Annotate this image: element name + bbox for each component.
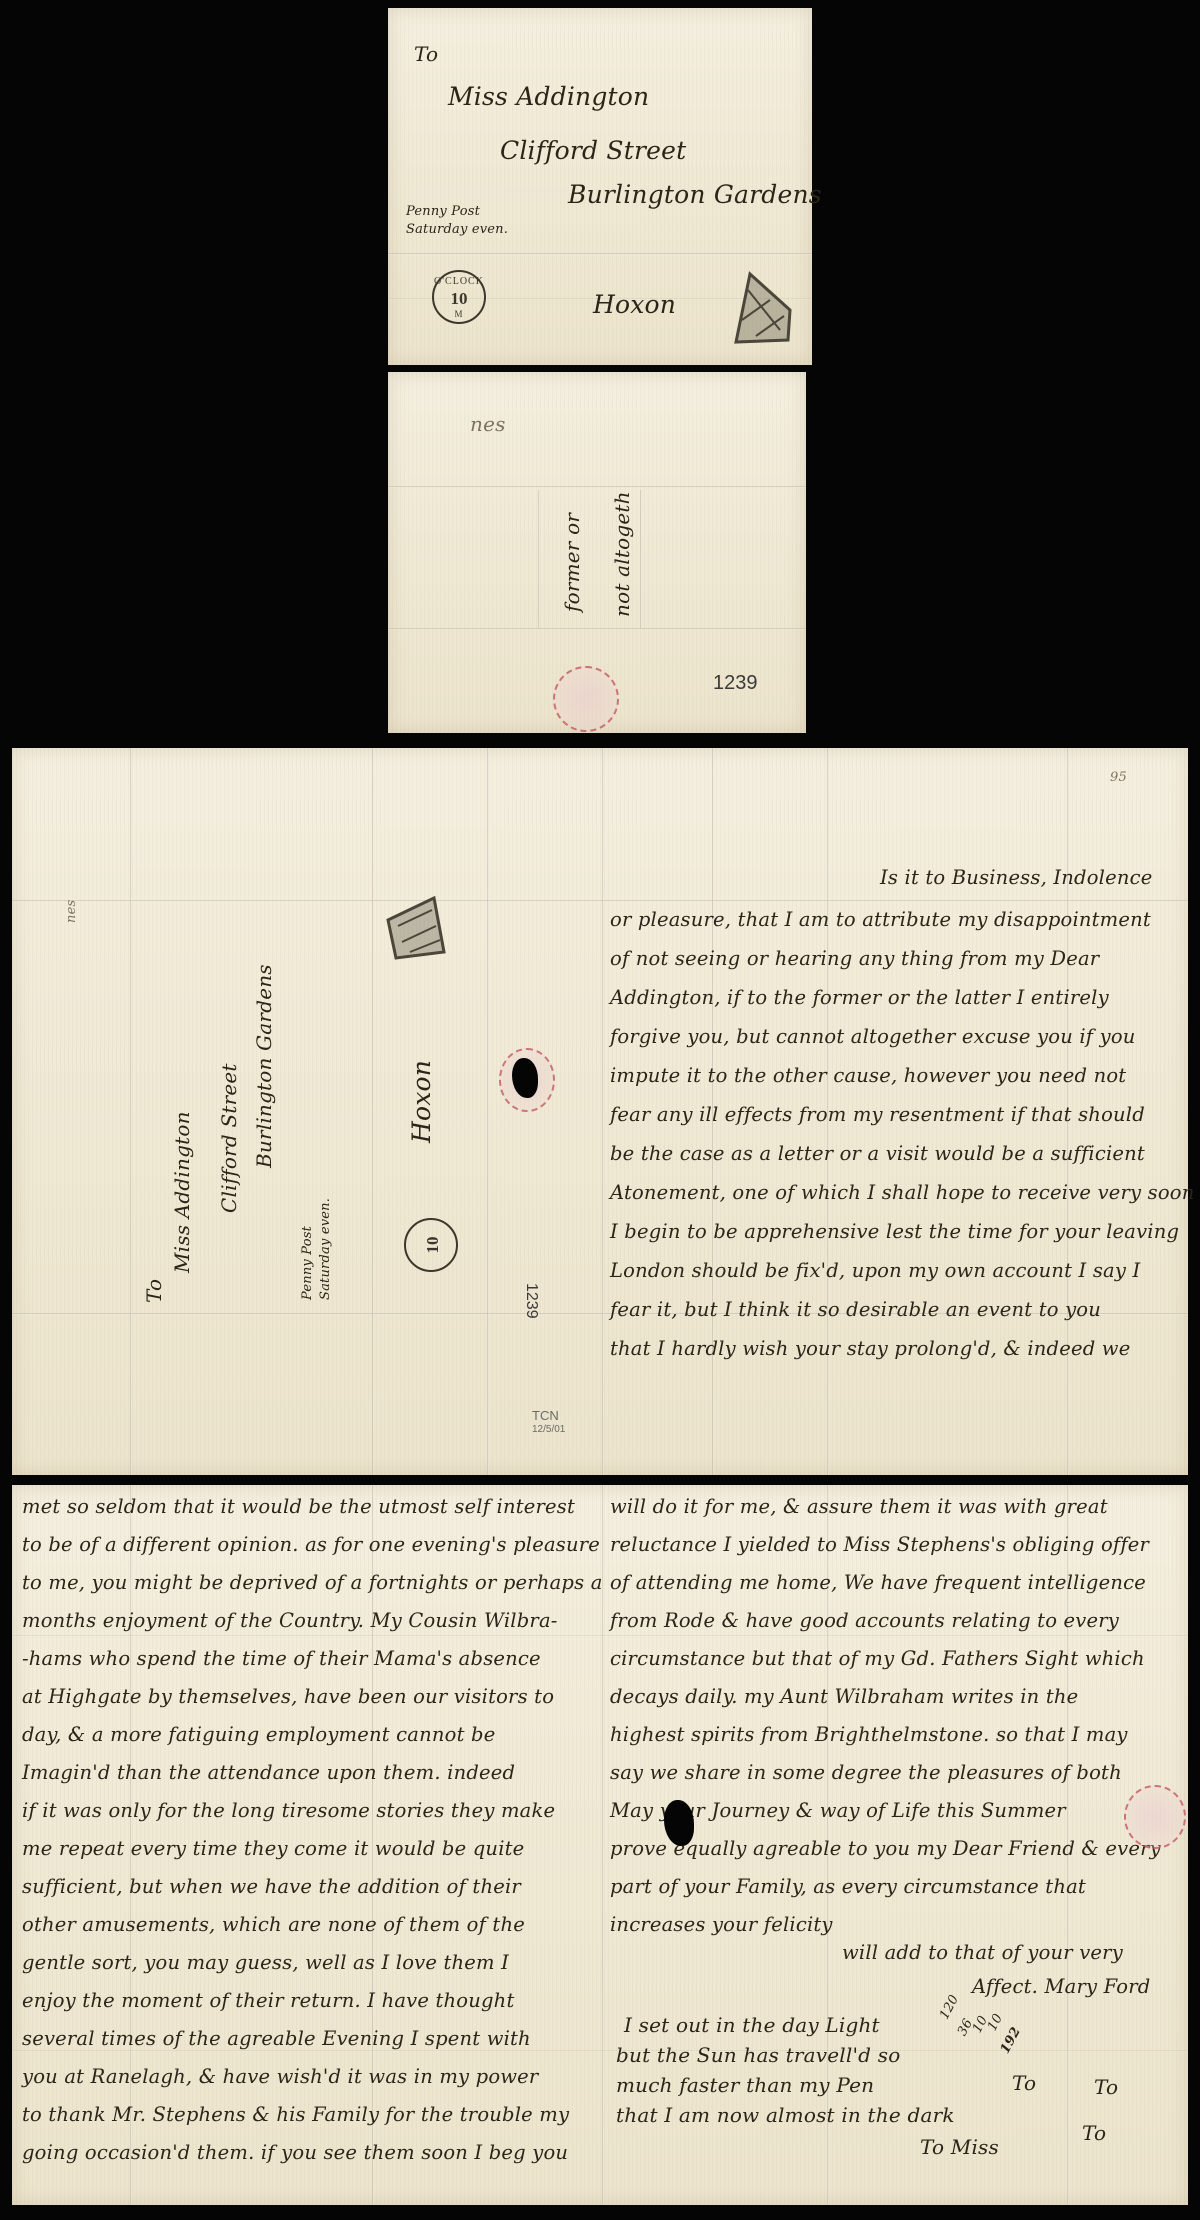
letter-line: from Rode & have good accounts relating … <box>610 1609 1119 1632</box>
page-number: 95 <box>1110 770 1127 785</box>
letter-closing: will add to that of your very <box>842 1941 1123 1964</box>
fold-line <box>640 490 642 628</box>
letter-line: -hams who spend the time of their Mama's… <box>22 1647 541 1670</box>
address-salutation: To <box>414 42 438 66</box>
letter-line: or pleasure, that I am to attribute my d… <box>610 908 1151 931</box>
wax-seal-remnant <box>1124 1785 1186 1849</box>
practice-to: To <box>1012 2071 1036 2095</box>
letter-line: that I hardly wish your stay prolong'd, … <box>610 1337 1130 1360</box>
letter-line: fear any ill effects from my resentment … <box>610 1103 1145 1126</box>
letter-line: impute it to the other cause, however yo… <box>610 1064 1126 1087</box>
sum-figure: 120 <box>937 1993 962 2022</box>
address-recipient: Miss Addington <box>448 82 649 111</box>
practice-to: To <box>1094 2075 1118 2099</box>
letter-line: of attending me home, We have frequent i… <box>610 1571 1146 1594</box>
postmark-clock-stamp: O'CLOCK 10 M <box>432 270 486 324</box>
postmark-center-text: 10 <box>434 289 484 309</box>
endorsement-day: Saturday even. <box>406 222 508 237</box>
letter-line: circumstance but that of my Gd. Fathers … <box>610 1647 1145 1670</box>
rotated-address-district: Burlington Gardens <box>252 964 276 1168</box>
letter-line: forgive you, but cannot altogether excus… <box>610 1025 1136 1048</box>
wax-seal <box>553 666 619 732</box>
receiving-office: Hoxon <box>593 290 676 319</box>
letter-line: enjoy the moment of their return. I have… <box>22 1989 514 2012</box>
letter-line: Atonement, one of which I shall hope to … <box>610 1181 1195 1204</box>
dealer-note: TCN <box>532 1408 559 1423</box>
rotated-endorsement-penny-post: Penny Post <box>300 1226 315 1300</box>
letter-line: I begin to be apprehensive lest the time… <box>610 1220 1179 1243</box>
letter-line: say we share in some degree the pleasure… <box>610 1761 1122 1784</box>
letter-line: highest spirits from Brighthelmstone. so… <box>610 1723 1128 1746</box>
endorsement-penny-post: Penny Post <box>406 204 480 219</box>
postscript-line: I set out in the day Light <box>624 2013 880 2037</box>
fold-line <box>372 748 374 1475</box>
letter-line: gentle sort, you may guess, well as I lo… <box>22 1951 509 1974</box>
archive-number: 1239 <box>522 1283 540 1319</box>
fold-line <box>388 253 812 255</box>
letter-line: you at Ranelagh, & have wish'd it was in… <box>22 2065 538 2088</box>
address-street: Clifford Street <box>500 136 686 165</box>
rotated-receiving-office: Hoxon <box>407 1060 436 1143</box>
rotated-endorsement-day: Saturday even. <box>318 1198 333 1300</box>
letter-line: Addington, if to the former or the latte… <box>610 986 1109 1009</box>
letter-line: to me, you might be deprived of a fortni… <box>22 1571 603 1594</box>
letter-line: Imagin'd than the attendance upon them. … <box>22 1761 515 1784</box>
fold-line <box>388 486 806 488</box>
fold-line <box>12 1635 1188 1637</box>
postscript-line: but the Sun has travell'd so <box>616 2043 900 2067</box>
letter-line: at Highgate by themselves, have been our… <box>22 1685 554 1708</box>
letter-line: to be of a different opinion. as for one… <box>22 1533 600 1556</box>
vertical-text-fragment: not altogeth <box>610 491 634 617</box>
practice-to-miss: To Miss <box>920 2135 999 2159</box>
postscript-line: that I am now almost in the dark <box>616 2103 955 2127</box>
archive-number: 1239 <box>713 672 758 695</box>
letter-line: going occasion'd them. if you see them s… <box>22 2141 568 2164</box>
dealer-note-date: 12/5/01 <box>532 1424 565 1435</box>
letter-line: day, & a more fatiguing employment canno… <box>22 1723 495 1746</box>
bleed-through-text: nes <box>64 900 79 923</box>
letter-inner-pages-panel: met so seldom that it would be the utmos… <box>12 1485 1188 2205</box>
letter-line: London should be fix'd, upon my own acco… <box>610 1259 1140 1282</box>
rotated-address-salutation: To <box>142 1279 166 1303</box>
letter-line: part of your Family, as every circumstan… <box>610 1875 1086 1898</box>
practice-to: To <box>1082 2121 1106 2145</box>
letter-signature: Affect. Mary Ford <box>972 1975 1150 1998</box>
letter-reverse-panel: nes former or not altogeth 1239 <box>388 372 806 733</box>
fold-line <box>388 628 806 630</box>
letter-line: will do it for me, & assure them it was … <box>610 1495 1108 1518</box>
bleed-through-text: nes <box>470 412 506 436</box>
postscript-line: much faster than my Pen <box>616 2073 874 2097</box>
letter-line: to thank Mr. Stephens & his Family for t… <box>22 2103 569 2126</box>
penny-post-triangle-stamp <box>730 270 796 346</box>
letter-line: months enjoyment of the Country. My Cous… <box>22 1609 558 1632</box>
letter-line: decays daily. my Aunt Wilbraham writes i… <box>610 1685 1078 1708</box>
letter-line: of not seeing or hearing any thing from … <box>610 947 1099 970</box>
vertical-text-fragment: former or <box>560 513 584 612</box>
letter-line: increases your felicity <box>610 1913 833 1936</box>
fold-line <box>487 748 489 1475</box>
fold-line <box>602 748 604 1475</box>
arithmetic-sum: 120 <box>937 1993 962 2022</box>
address-district: Burlington Gardens <box>568 180 822 209</box>
letter-line: met so seldom that it would be the utmos… <box>22 1495 575 1518</box>
rotated-address-street: Clifford Street <box>217 1063 241 1213</box>
postmark-bottom-text: M <box>434 309 484 319</box>
penny-post-triangle-stamp <box>384 896 448 962</box>
letter-line: me repeat every time they come it would … <box>22 1837 524 1860</box>
postmark-clock-stamp: 10 <box>404 1218 458 1272</box>
letter-line: other amusements, which are none of them… <box>22 1913 525 1936</box>
letter-line: be the case as a letter or a visit would… <box>610 1142 1145 1165</box>
letter-line: several times of the agreable Evening I … <box>22 2027 531 2050</box>
letter-line: if it was only for the long tiresome sto… <box>22 1799 555 1822</box>
letter-line: fear it, but I think it so desirable an … <box>610 1298 1101 1321</box>
fold-line <box>130 748 132 1475</box>
sum-figure: 10 <box>985 2011 1006 2033</box>
rotated-address-recipient: Miss Addington <box>170 1111 194 1273</box>
letter-line: prove equally agreable to you my Dear Fr… <box>610 1837 1161 1860</box>
letter-cover-panel: To Miss Addington Clifford Street Burlin… <box>388 8 812 365</box>
postmark-outer-text: O'CLOCK <box>434 276 484 287</box>
fold-line <box>12 900 1188 902</box>
fold-line <box>538 490 540 628</box>
letter-line: reluctance I yielded to Miss Stephens's … <box>610 1533 1149 1556</box>
seal-tear-hole <box>512 1058 538 1098</box>
letter-line: sufficient, but when we have the additio… <box>22 1875 521 1898</box>
letter-outer-sheet-panel: 95 nes To Miss Addington Clifford Street… <box>12 748 1188 1475</box>
letter-line: Is it to Business, Indolence <box>880 866 1152 889</box>
postmark-center-text: 10 <box>423 1220 443 1270</box>
